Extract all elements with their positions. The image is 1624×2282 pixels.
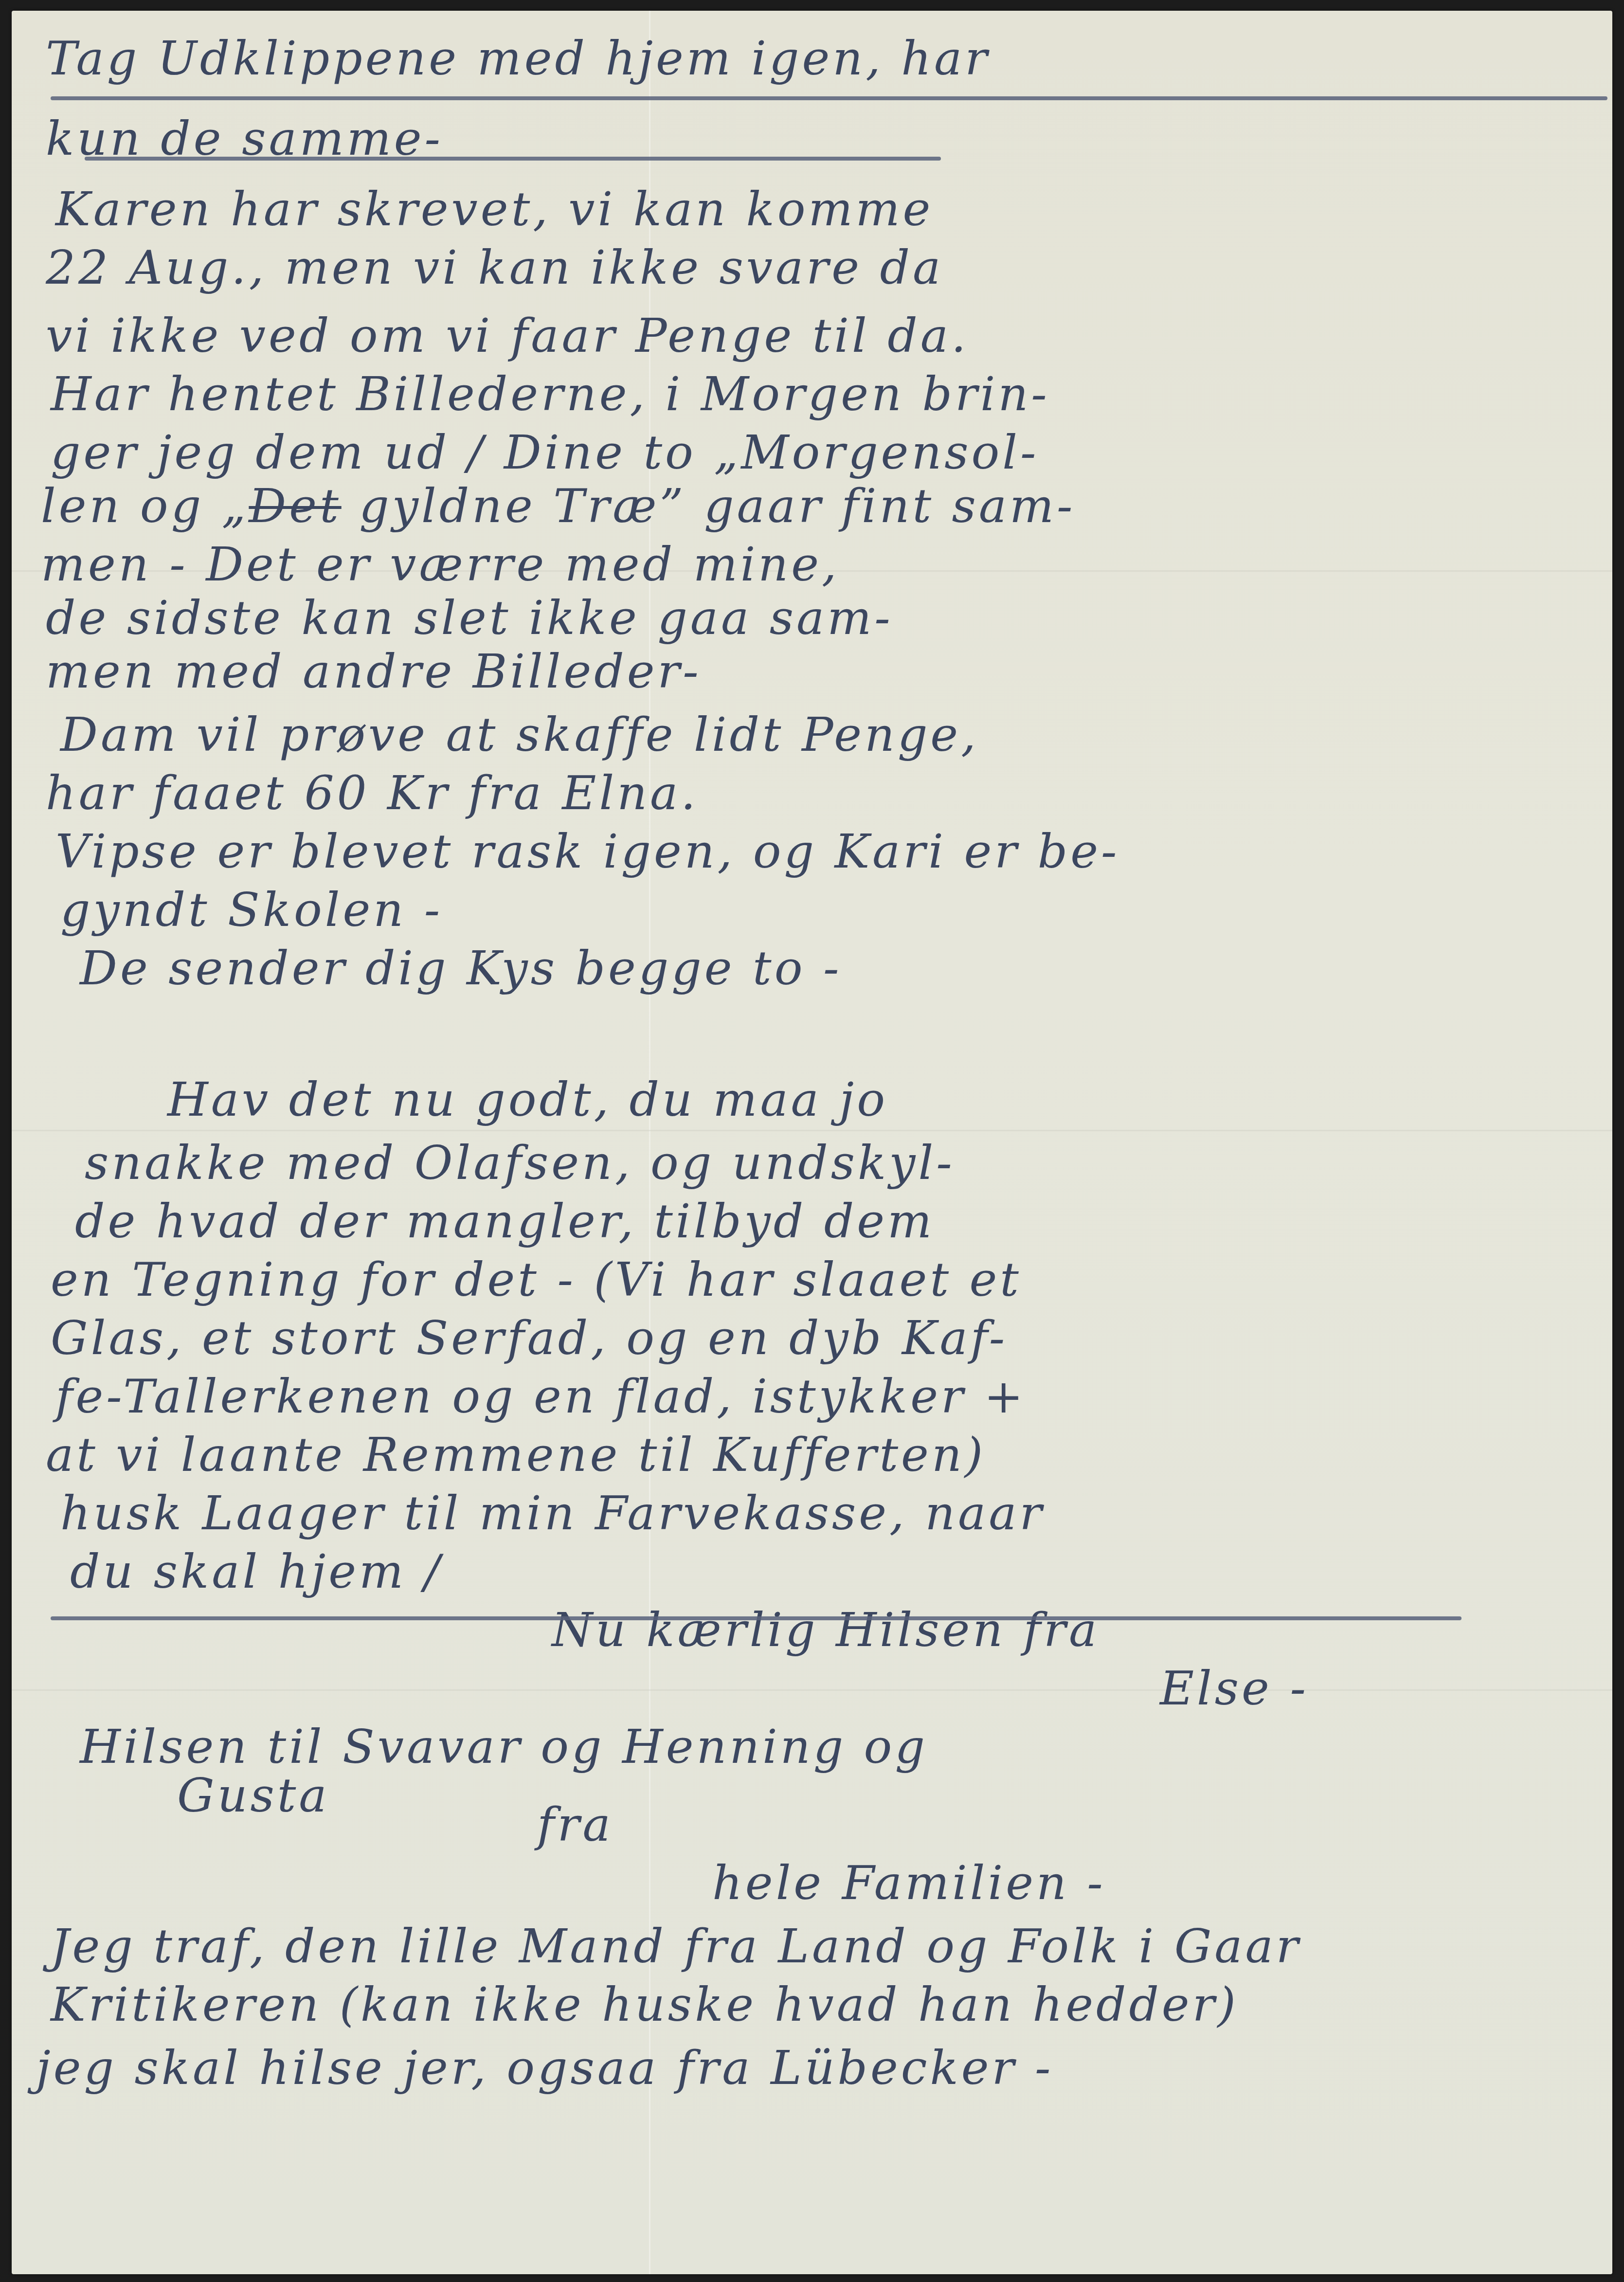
letter-line: hele Familien - — [712, 1860, 1106, 1906]
letter-line: vi ikke ved om vi faar Penge til da. — [46, 312, 969, 359]
letter-line: du skal hjem / — [70, 1548, 443, 1595]
letter-line: de sidste kan slet ikke gaa sam- — [46, 595, 893, 641]
underline-husk-line — [51, 1616, 1462, 1620]
letter-line: kun de samme- — [46, 115, 443, 162]
struck-out-word: Det — [249, 479, 341, 533]
letter-line: Kritikeren (kan ikke huske hvad han hedd… — [51, 1981, 1239, 2028]
letter-line: 22 Aug., men vi kan ikke svare da — [46, 244, 943, 291]
letter-line: husk Laager til min Farvekasse, naar — [60, 1490, 1045, 1537]
letter-line: Har hentet Billederne, i Morgen brin- — [51, 371, 1050, 417]
letter-line: en Tegning for det - (Vi har slaaet et — [51, 1256, 1022, 1303]
letter-line: de hvad der mangler, tilbyd dem — [75, 1198, 935, 1245]
letter-line: har faaet 60 Kr fra Elna. — [46, 770, 699, 816]
letter-line: men med andre Billeder- — [46, 648, 702, 695]
letter-line: Jeg traf, den lille Mand fra Land og Fol… — [51, 1923, 1301, 1970]
letter-line: snakke med Olafsen, og undskyl- — [85, 1140, 955, 1186]
paper-fold-horizontal — [12, 1130, 1612, 1131]
letter-line: fra — [537, 1801, 614, 1848]
underline-line-1 — [51, 96, 1607, 100]
underline-line-2 — [85, 157, 941, 161]
letter-sheet: Tag Udklippene med hjem igen, harkun de … — [12, 11, 1612, 2274]
letter-line: Nu kærlig Hilsen fra — [552, 1607, 1100, 1653]
letter-line: Karen har skrevet, vi kan komme — [55, 186, 933, 233]
letter-line: Else - — [1160, 1665, 1309, 1712]
letter-line: jeg skal hilse jer, ogsaa fra Lübecker - — [36, 2045, 1053, 2091]
letter-line: De sender dig Kys begge to - — [80, 945, 842, 992]
letter-line: fe-Tallerkenen og en flad, istykker + — [55, 1373, 1026, 1420]
line-text: len og „ — [41, 479, 249, 533]
letter-line: Dam vil prøve at skaffe lidt Penge, — [60, 711, 979, 758]
letter-line: ger jeg dem ud / Dine to „Morgensol- — [51, 429, 1039, 476]
letter-line: Gusta — [177, 1772, 330, 1819]
paper-fold-horizontal — [12, 1689, 1612, 1691]
letter-line: Hilsen til Svavar og Henning og — [80, 1723, 928, 1770]
letter-line: len og „Det gyldne Træ” gaar fint sam- — [41, 483, 1075, 529]
letter-line: Vipse er blevet rask igen, og Kari er be… — [55, 828, 1119, 875]
letter-line: Glas, et stort Serfad, og en dyb Kaf- — [51, 1315, 1008, 1361]
letter-line: at vi laante Remmene til Kufferten) — [46, 1431, 986, 1478]
line-text: gyldne Træ” gaar fint sam- — [342, 479, 1076, 533]
letter-line: gyndt Skolen - — [60, 887, 443, 933]
letter-line: Tag Udklippene med hjem igen, har — [46, 35, 990, 82]
letter-line: men - Det er værre med mine, — [41, 541, 840, 588]
letter-line: Hav det nu godt, du maa jo — [167, 1076, 888, 1123]
